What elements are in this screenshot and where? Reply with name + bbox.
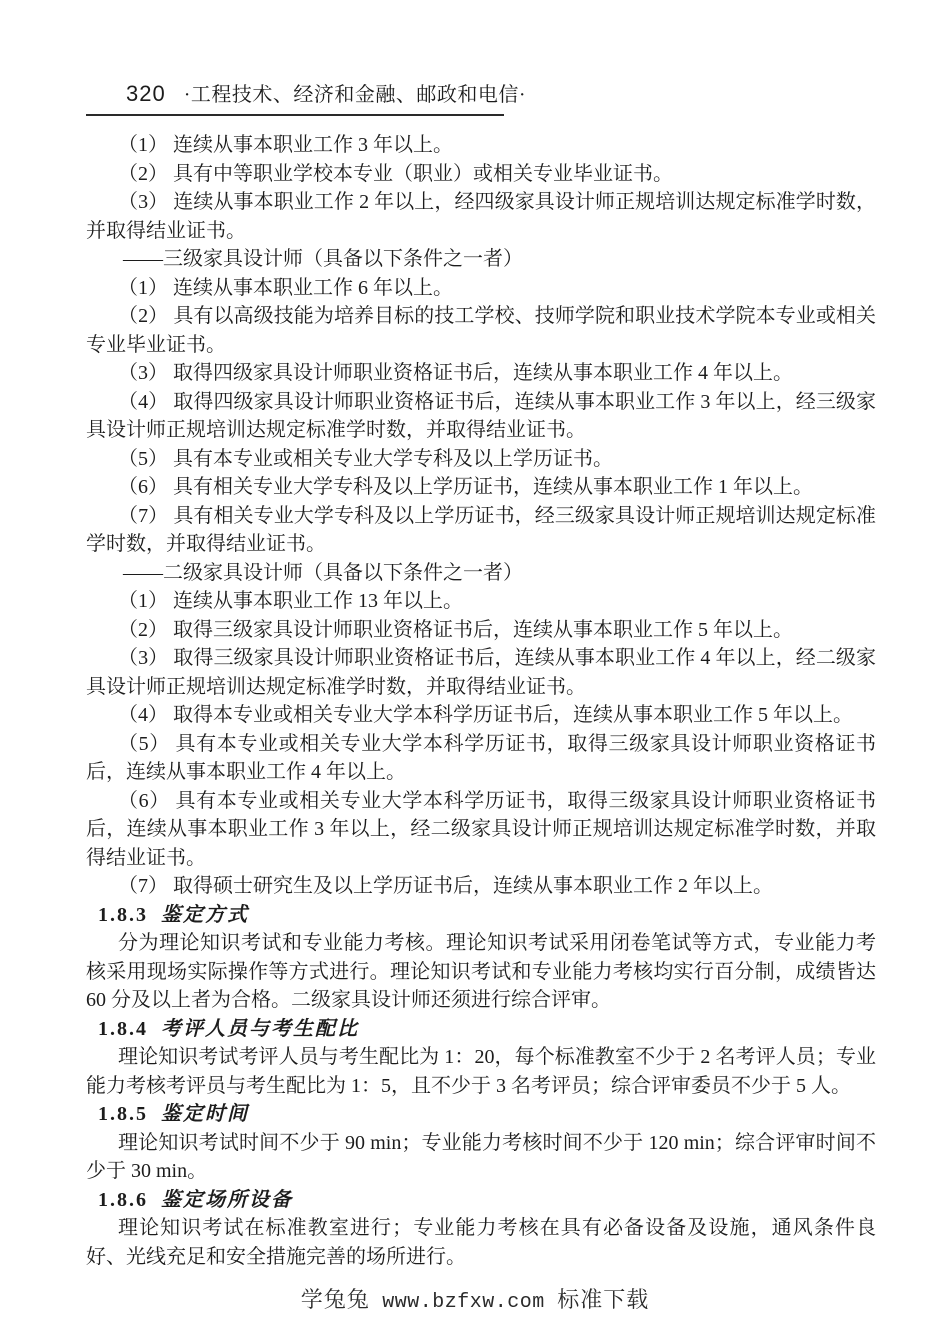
text-paragraph: 理论知识考试在标准教室进行；专业能力考核在具有必备设备及设施，通风条件良好、光线… [86, 1214, 876, 1271]
watermark-suffix: 标准下载 [557, 1287, 649, 1312]
text-paragraph: （7） 取得硕士研究生及以上学历证书后，连续从事本职业工作 2 年以上。 [86, 872, 876, 901]
text-paragraph: （3） 连续从事本职业工作 2 年以上，经四级家具设计师正规培训达规定标准学时数… [86, 188, 876, 245]
text-paragraph: （4） 取得本专业或相关专业大学本科学历证书后，连续从事本职业工作 5 年以上。 [86, 701, 876, 730]
section-heading: 1.8.4考评人员与考生配比 [86, 1015, 876, 1044]
running-header-title: ·工程技术、经济和金融、邮政和电信· [184, 78, 526, 107]
section-number: 1.8.6 [98, 1189, 148, 1211]
text-paragraph: 分为理论知识考试和专业能力考核。理论知识考试采用闭卷笔试等方式，专业能力考核采用… [86, 929, 876, 1015]
section-number: 1.8.3 [98, 904, 148, 926]
section-heading: 1.8.3鉴定方式 [86, 901, 876, 930]
text-paragraph: 理论知识考试考评人员与考生配比为 1：20，每个标准教室不少于 2 名考评人员；… [86, 1043, 876, 1100]
text-paragraph: （2） 具有以高级技能为培养目标的技工学校、技师学院和职业技术学院本专业或相关专… [86, 302, 876, 359]
text-paragraph: （7） 具有相关专业大学专科及以上学历证书，经三级家具设计师正规培训达规定标准学… [86, 502, 876, 559]
text-paragraph: （2） 具有中等职业学校本专业（职业）或相关专业毕业证书。 [86, 160, 876, 189]
running-header: 320 ·工程技术、经济和金融、邮政和电信· [86, 78, 504, 116]
section-title: 考评人员与考生配比 [161, 1018, 359, 1040]
section-number: 1.8.5 [98, 1103, 148, 1125]
text-paragraph: （1） 连续从事本职业工作 13 年以上。 [86, 587, 876, 616]
text-paragraph: （6） 具有相关专业大学专科及以上学历证书，连续从事本职业工作 1 年以上。 [86, 473, 876, 502]
text-paragraph: 理论知识考试时间不少于 90 min；专业能力考核时间不少于 120 min；综… [86, 1129, 876, 1186]
section-title: 鉴定方式 [161, 904, 249, 926]
watermark-site-name: 学兔兔 [301, 1287, 370, 1312]
grade-list-item: ——三级家具设计师（具备以下条件之一者） [86, 245, 876, 274]
text-paragraph: （1） 连续从事本职业工作 6 年以上。 [86, 274, 876, 303]
text-paragraph: （1） 连续从事本职业工作 3 年以上。 [86, 131, 876, 160]
section-heading: 1.8.5鉴定时间 [86, 1100, 876, 1129]
text-paragraph: （5） 具有本专业或相关专业大学本科学历证书，取得三级家具设计师职业资格证书后，… [86, 730, 876, 787]
document-page: 320 ·工程技术、经济和金融、邮政和电信· （1） 连续从事本职业工作 3 年… [0, 0, 950, 1335]
text-paragraph: （3） 取得四级家具设计师职业资格证书后，连续从事本职业工作 4 年以上。 [86, 359, 876, 388]
text-paragraph: （5） 具有本专业或相关专业大学专科及以上学历证书。 [86, 445, 876, 474]
section-title: 鉴定时间 [161, 1103, 249, 1125]
footer-watermark: 学兔兔 www.bzfxw.com 标准下载 [0, 1283, 950, 1314]
text-paragraph: （2） 取得三级家具设计师职业资格证书后，连续从事本职业工作 5 年以上。 [86, 616, 876, 645]
document-body: （1） 连续从事本职业工作 3 年以上。（2） 具有中等职业学校本专业（职业）或… [86, 131, 876, 1271]
section-title: 鉴定场所设备 [161, 1189, 293, 1211]
section-number: 1.8.4 [98, 1018, 148, 1040]
grade-list-item: ——二级家具设计师（具备以下条件之一者） [86, 559, 876, 588]
text-paragraph: （6） 具有本专业或相关专业大学本科学历证书，取得三级家具设计师职业资格证书后，… [86, 787, 876, 873]
section-heading: 1.8.6鉴定场所设备 [86, 1186, 876, 1215]
page-number: 320 [126, 81, 166, 107]
watermark-url: www.bzfxw.com [382, 1291, 545, 1314]
text-paragraph: （4） 取得四级家具设计师职业资格证书后，连续从事本职业工作 3 年以上，经三级… [86, 388, 876, 445]
text-paragraph: （3） 取得三级家具设计师职业资格证书后，连续从事本职业工作 4 年以上，经二级… [86, 644, 876, 701]
